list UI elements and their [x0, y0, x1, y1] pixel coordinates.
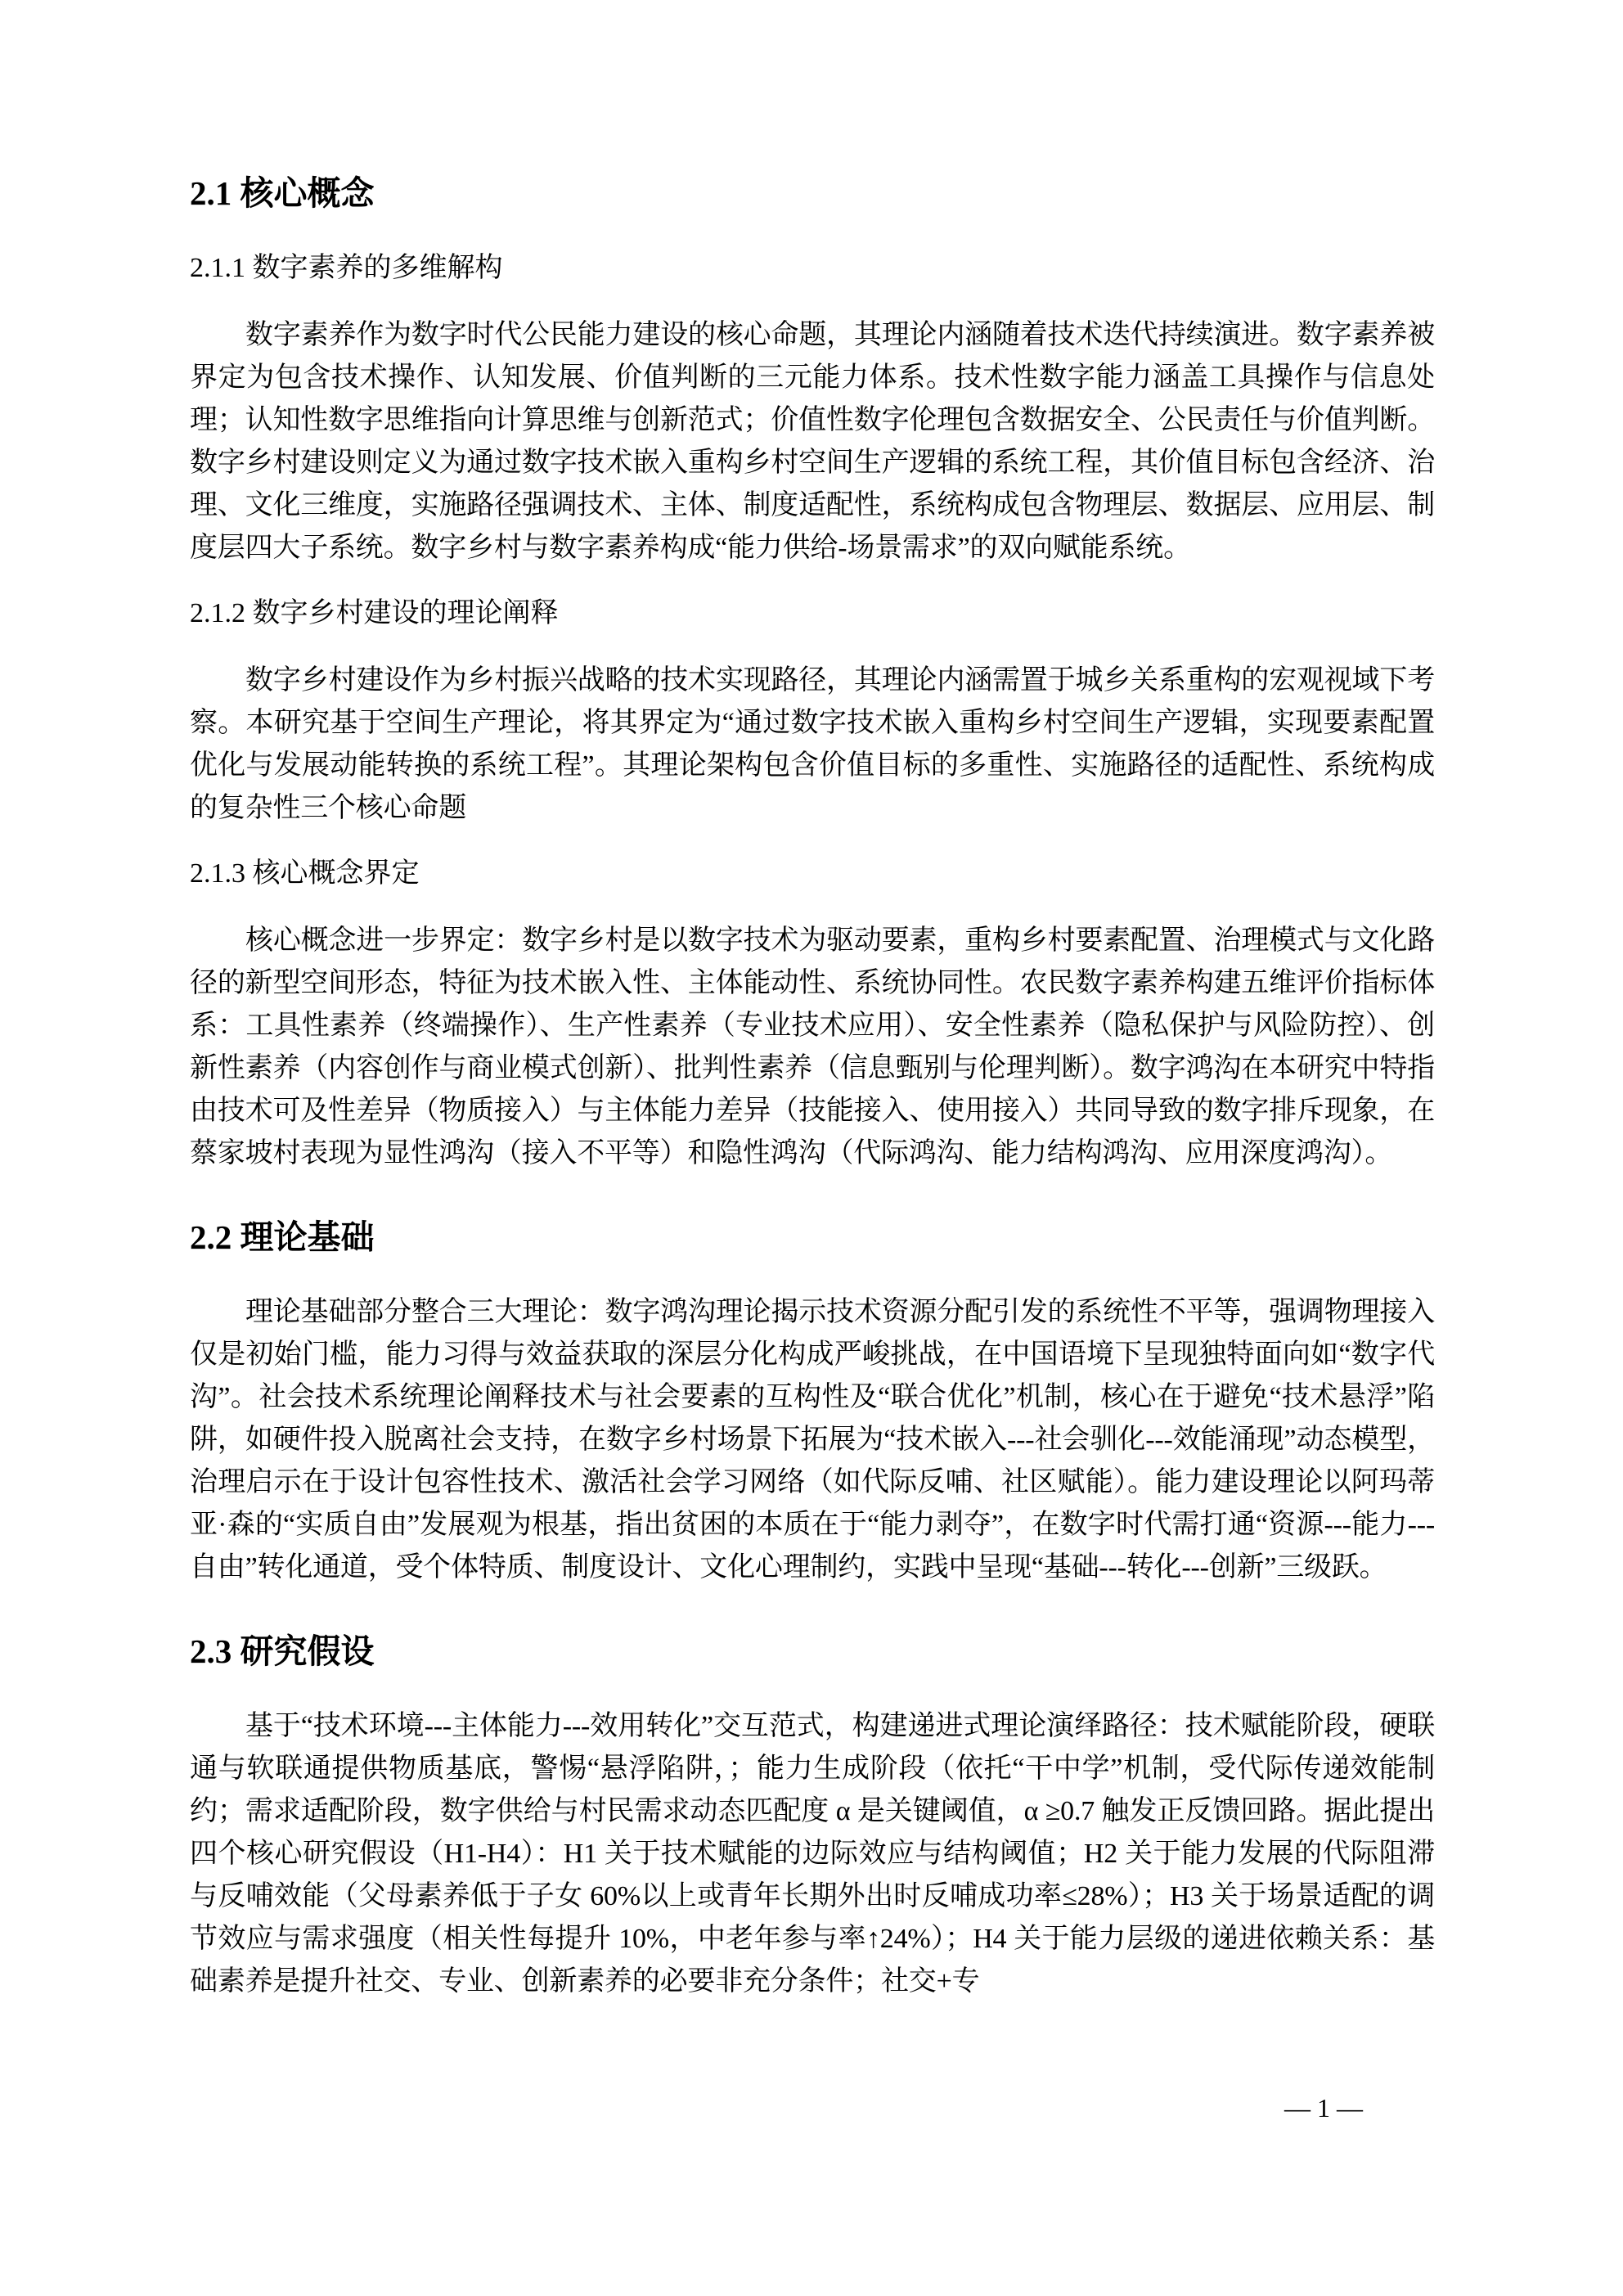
body-paragraph-digital-literacy: 数字素养作为数字时代公民能力建设的核心命题，其理论内涵随着技术迭代持续演进。数字… — [190, 314, 1435, 569]
subsection-heading-2-1-3: 2.1.3 核心概念界定 — [190, 853, 1435, 895]
page-number: — 1 — — [1284, 2091, 1363, 2124]
document-page: 2.1 核心概念 2.1.1 数字素养的多维解构 数字素养作为数字时代公民能力建… — [0, 0, 1623, 2296]
body-paragraph-digital-village-theory: 数字乡村建设作为乡村振兴战略的技术实现路径，其理论内涵需置于城乡关系重构的宏观视… — [190, 660, 1435, 830]
subsection-heading-2-1-1: 2.1.1 数字素养的多维解构 — [190, 247, 1435, 290]
section-heading-2-2: 2.2 理论基础 — [190, 1218, 1435, 1257]
section-heading-2-1: 2.1 核心概念 — [190, 173, 1435, 213]
subsection-heading-2-1-2: 2.1.2 数字乡村建设的理论阐释 — [190, 592, 1435, 635]
section-heading-2-3: 2.3 研究假设 — [190, 1632, 1435, 1671]
body-paragraph-research-hypotheses: 基于“技术环境---主体能力---效用转化”交互范式，构建递进式理论演绎路径：技… — [190, 1705, 1435, 2003]
body-paragraph-core-concept-definition: 核心概念进一步界定：数字乡村是以数字技术为驱动要素，重构乡村要素配置、治理模式与… — [190, 920, 1435, 1175]
body-paragraph-theoretical-basis: 理论基础部分整合三大理论：数字鸿沟理论揭示技术资源分配引发的系统性不平等，强调物… — [190, 1291, 1435, 1589]
